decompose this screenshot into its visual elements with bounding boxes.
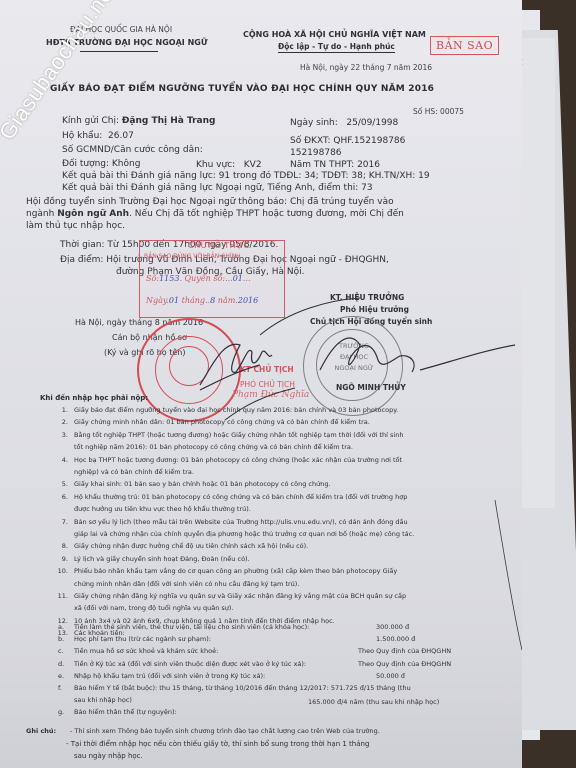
requirement-text: tốt nghiệp năm 2016): 01 bản photocopy c… xyxy=(74,443,353,451)
requirement-number: 3. xyxy=(50,431,68,439)
requirement-item: 10.Phiếu báo nhân khẩu tạm vắng do cơ qu… xyxy=(50,567,397,575)
fee-label: Tiền mua hồ sơ sức khoẻ và khám sức khoẻ… xyxy=(74,647,218,655)
requirement-item: 5.Giấy khai sinh: 01 bản sao y bản chính… xyxy=(50,480,331,488)
requirement-text: Lý lịch và giấy chuyển sinh hoạt Đảng, Đ… xyxy=(74,555,250,563)
fee-item: c.Tiền mua hồ sơ sức khoẻ và khám sức kh… xyxy=(58,647,218,655)
note-line-2: - Tại thời điểm nhập học nếu còn thiếu g… xyxy=(66,740,369,748)
fee-item: a.Tiền làm thẻ sinh viên, thẻ thư viện, … xyxy=(58,623,309,631)
requirement-item: tốt nghiệp năm 2016): 01 bản photocopy c… xyxy=(74,443,353,451)
fee-label: Nhập hộ khẩu tạm trú (đối với sinh viên … xyxy=(74,672,265,680)
requirement-item: nghiệp) và có bản chính để kiểm tra. xyxy=(74,468,194,476)
fee-letter: a. xyxy=(58,623,70,631)
requirement-text: chứng minh nhân dân (đối với sinh viên c… xyxy=(74,580,299,588)
fee-letter: e. xyxy=(58,672,70,680)
fee-letter: f. xyxy=(58,684,70,692)
requirement-text: xã (đối với nam, trong độ tuổi nghĩa vụ … xyxy=(74,604,234,612)
fee-letter: d. xyxy=(58,660,70,668)
fee-item: e.Nhập hộ khẩu tạm trú (đối với sinh viê… xyxy=(58,672,265,680)
fee-letter: c. xyxy=(58,647,70,655)
fee-item: f.Bảo hiểm Y tế (bắt buộc): thu 15 tháng… xyxy=(58,684,411,692)
requirement-number: 2. xyxy=(50,418,68,426)
fee-amount: 50.000 đ xyxy=(376,672,405,680)
requirement-text: giáp lai và chứng nhận của chính quyền đ… xyxy=(74,530,414,538)
requirement-text: Bản sơ yếu lý lịch (theo mẫu tải trên We… xyxy=(74,518,408,526)
requirement-item: 4.Học bạ THPT hoặc tương đương: 01 bản p… xyxy=(50,456,402,464)
requirement-text: Giấy báo đạt điểm ngưỡng tuyển vào đại h… xyxy=(74,406,398,414)
requirement-item: 3.Bằng tốt nghiệp THPT (hoặc tương đương… xyxy=(50,431,403,439)
requirement-text: Giấy khai sinh: 01 bản sao y bản chính h… xyxy=(74,480,331,488)
requirement-number: 9. xyxy=(50,555,68,563)
requirement-item: 9.Lý lịch và giấy chuyển sinh hoạt Đảng,… xyxy=(50,555,250,563)
requirement-number: 5. xyxy=(50,480,68,488)
admission-notice-document: ĐẠI HỌC QUỐC GIA HÀ NỘI HĐTS TRƯỜNG ĐẠI … xyxy=(0,0,522,768)
requirement-number: 4. xyxy=(50,456,68,464)
fee-label: Bảo hiểm Y tế (bắt buộc): thu 15 tháng, … xyxy=(74,684,411,692)
requirement-number: 1. xyxy=(50,406,68,414)
note-line-1: - Thí sinh xem Thông báo tuyển sinh chươ… xyxy=(70,727,380,735)
fee-amount: Theo Quy định của ĐHQGHN xyxy=(358,660,451,668)
requirement-text: nghiệp) và có bản chính để kiểm tra. xyxy=(74,468,194,476)
fee-label-continued: sau khi nhập học) xyxy=(74,696,132,704)
fee-item: d.Tiền ở Ký túc xá (đối với sinh viên th… xyxy=(58,660,306,668)
requirement-item: 11.Giấy chứng nhận đăng ký nghĩa vụ quân… xyxy=(50,592,406,600)
requirement-item: được hưởng ưu tiên khu vực theo hộ khẩu … xyxy=(74,505,251,513)
requirement-item: 7.Bản sơ yếu lý lịch (theo mẫu tải trên … xyxy=(50,518,408,526)
note-line-3: sau ngày nhập học. xyxy=(74,752,143,760)
requirement-text: Giấy chứng nhận đăng ký nghĩa vụ quân sự… xyxy=(74,592,406,600)
fee-label: Tiền làm thẻ sinh viên, thẻ thư viện, tà… xyxy=(74,623,309,631)
notes-label: Ghi chú: xyxy=(26,727,56,735)
fee-amount: Theo Quy định của ĐHQGHN xyxy=(358,647,451,655)
requirement-item: 1.Giấy báo đạt điểm ngưỡng tuyển vào đại… xyxy=(50,406,398,414)
requirement-number: 11. xyxy=(50,592,68,600)
requirement-text: Bằng tốt nghiệp THPT (hoặc tương đương) … xyxy=(74,431,403,439)
requirement-text: Học bạ THPT hoặc tương đương: 01 bản pho… xyxy=(74,456,402,464)
fee-item: b.Học phí tạm thu (trừ các ngành sư phạm… xyxy=(58,635,211,643)
fee-item: g.Bảo hiểm thân thể (tự nguyện): xyxy=(58,708,177,716)
fee-letter: g. xyxy=(58,708,70,716)
requirement-item: 2.Giấy chứng minh nhân dân: 01 bản photo… xyxy=(50,418,370,426)
fee-label: Bảo hiểm thân thể (tự nguyện): xyxy=(74,708,177,716)
fee-amount: 300.000 đ xyxy=(376,623,409,631)
requirement-item: chứng minh nhân dân (đối với sinh viên c… xyxy=(74,580,299,588)
requirement-number: 7. xyxy=(50,518,68,526)
fee-letter: b. xyxy=(58,635,70,643)
requirement-text: Hộ khẩu thường trú: 01 bản photocopy có … xyxy=(74,493,407,501)
requirement-item: xã (đối với nam, trong độ tuổi nghĩa vụ … xyxy=(74,604,234,612)
requirement-text: Phiếu báo nhân khẩu tạm vắng do cơ quan … xyxy=(74,567,397,575)
requirement-item: 8.Giấy chứng nhận được hưởng chế độ ưu t… xyxy=(50,542,308,550)
requirement-text: Giấy chứng nhận được hưởng chế độ ưu tiê… xyxy=(74,542,308,550)
requirement-item: giáp lai và chứng nhận của chính quyền đ… xyxy=(74,530,414,538)
requirement-number: 10. xyxy=(50,567,68,575)
fee-label: Học phí tạm thu (trừ các ngành sư phạm): xyxy=(74,635,211,643)
requirements-heading: Khi đến nhập học phải nộp: xyxy=(40,394,148,402)
fee-label: Tiền ở Ký túc xá (đối với sinh viên thuộ… xyxy=(74,660,306,668)
requirement-item: 6.Hộ khẩu thường trú: 01 bản photocopy c… xyxy=(50,493,407,501)
fee-amount: 165.000 đ/4 năm (thu sau khi nhập học) xyxy=(308,698,439,706)
requirement-text: Giấy chứng minh nhân dân: 01 bản photoco… xyxy=(74,418,370,426)
fee-amount: 1.500.000 đ xyxy=(376,635,415,643)
requirement-number: 6. xyxy=(50,493,68,501)
requirement-number: 8. xyxy=(50,542,68,550)
requirement-text: được hưởng ưu tiên khu vực theo hộ khẩu … xyxy=(74,505,251,513)
